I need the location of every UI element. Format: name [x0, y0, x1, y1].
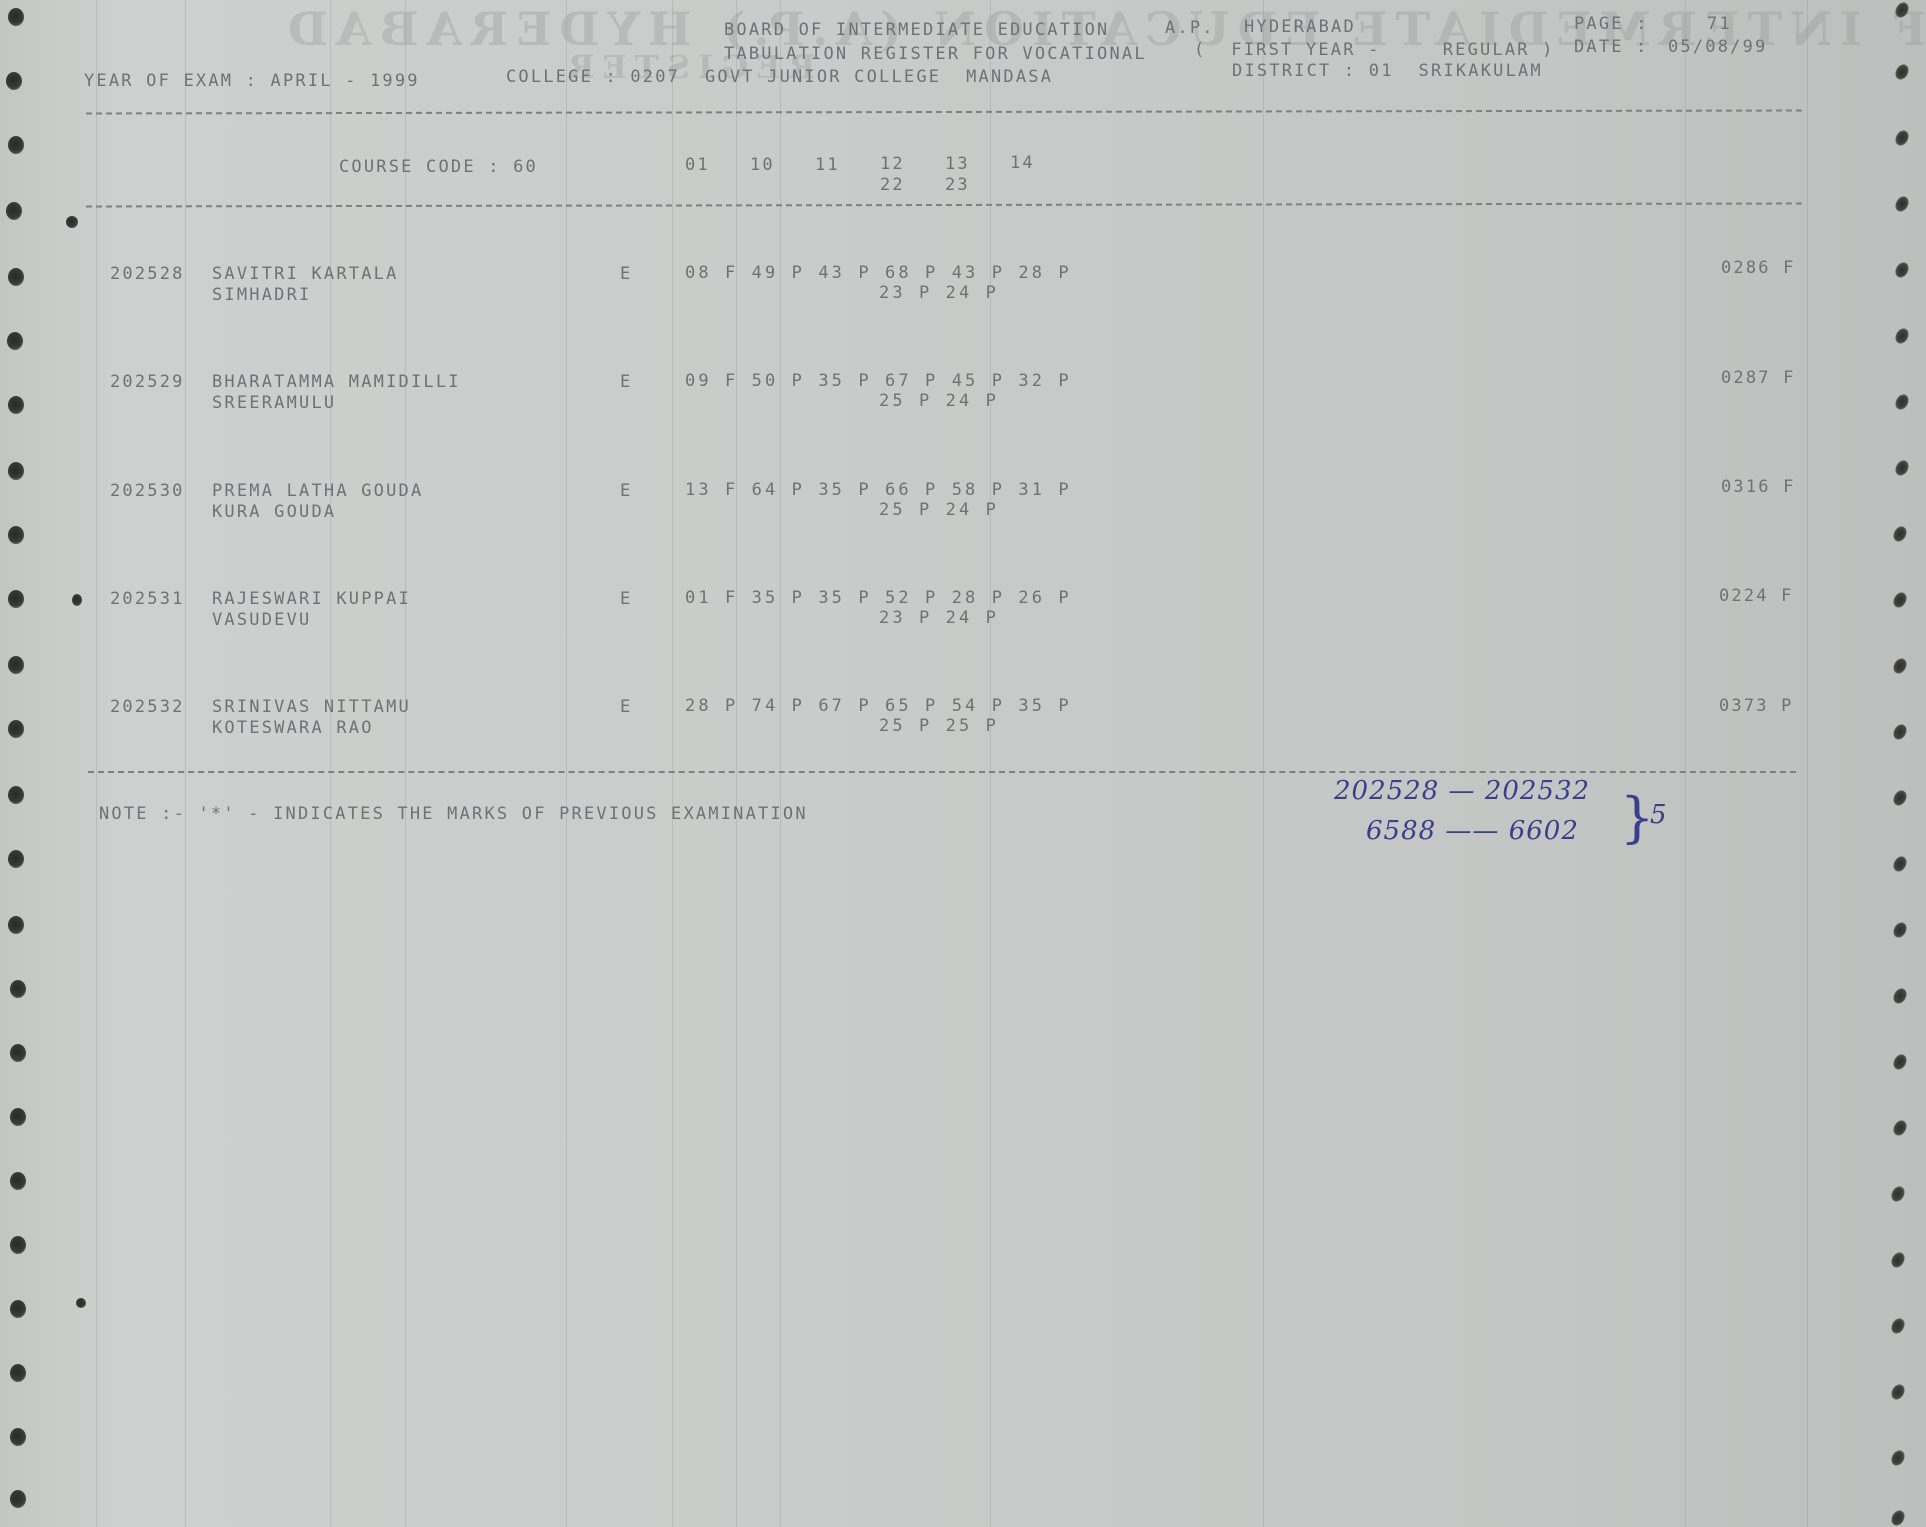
feed-hole-icon: [8, 850, 24, 868]
board-name: BOARD OF INTERMEDIATE EDUCATION: [724, 20, 1109, 40]
divider: [86, 110, 1802, 115]
hall-ticket-number: 202528: [110, 264, 185, 284]
student-name: RAJESWARI KUPPAI: [212, 589, 411, 609]
register-title: TABULATION REGISTER FOR VOCATIONAL: [724, 44, 1147, 64]
feed-hole-icon: [8, 656, 24, 674]
college-info: COLLEGE : 0207 GOVT JUNIOR COLLEGE MANDA…: [506, 67, 1053, 87]
feed-hole-icon: [1893, 458, 1911, 478]
marks-row-2: 25 P 25 P: [879, 716, 999, 736]
punch-mark-icon: [76, 1298, 86, 1308]
hall-ticket-number: 202532: [110, 697, 185, 717]
ruling-line: [185, 0, 186, 1527]
feed-hole-icon: [1893, 62, 1911, 82]
subject-code: 13: [945, 154, 970, 174]
feed-hole-icon: [10, 1044, 26, 1062]
student-name: SAVITRI KARTALA: [212, 264, 399, 284]
feed-hole-icon: [10, 1108, 26, 1126]
feed-hole-icon: [1891, 1052, 1909, 1072]
feed-hole-icon: [1893, 128, 1911, 148]
feed-hole-icon: [1889, 1448, 1907, 1468]
date-label: DATE :: [1574, 37, 1649, 57]
feed-hole-icon: [1891, 986, 1909, 1006]
punch-mark-icon: [66, 216, 78, 228]
total-result: 0287 F: [1721, 368, 1796, 388]
subject-code: 23: [945, 175, 970, 195]
ruling-line: [672, 0, 673, 1527]
marks-row-2: 23 P 24 P: [879, 608, 999, 628]
medium: E: [620, 264, 632, 284]
total-result: 0316 F: [1721, 477, 1796, 497]
footnote: NOTE :- '*' - INDICATES THE MARKS OF PRE…: [99, 804, 808, 824]
hall-ticket-number: 202529: [110, 372, 185, 392]
subject-code: 22: [880, 175, 905, 195]
feed-hole-icon: [10, 980, 26, 998]
ruling-line: [96, 0, 97, 1527]
hall-ticket-number: 202530: [110, 481, 185, 501]
feed-hole-icon: [8, 136, 24, 154]
student-name: PREMA LATHA GOUDA: [212, 481, 423, 501]
ruling-line: [736, 0, 737, 1527]
feed-hole-icon: [1891, 854, 1909, 874]
feed-hole-icon: [8, 916, 24, 934]
ruling-line: [1263, 0, 1264, 1527]
page-number: 71: [1707, 14, 1732, 34]
parent-name: SIMHADRI: [212, 285, 311, 305]
table-row: 202529 BHARATAMMA MAMIDILLI SREERAMULU E…: [0, 372, 1926, 432]
year-of-exam: YEAR OF EXAM : APRIL - 1999: [84, 71, 420, 91]
feed-hole-icon: [1891, 1118, 1909, 1138]
parent-name: KOTESWARA RAO: [212, 718, 374, 738]
ruling-line: [330, 0, 331, 1527]
ruling-line: [566, 0, 567, 1527]
feed-hole-icon: [1893, 194, 1911, 214]
marks-row-1: 28 P 74 P 67 P 65 P 54 P 35 P: [685, 696, 1072, 716]
marks-row-2: 25 P 24 P: [879, 391, 999, 411]
subject-code: 11: [815, 155, 840, 175]
table-row: 202531 RAJESWARI KUPPAI VASUDEVU E 01 F …: [0, 589, 1926, 649]
course-code: COURSE CODE : 60: [339, 157, 538, 177]
subject-code: 10: [750, 155, 775, 175]
ruling-line: [1685, 0, 1686, 1527]
feed-hole-icon: [1889, 1184, 1907, 1204]
divider: [86, 203, 1802, 208]
ruling-line: [1807, 0, 1808, 1527]
student-name: BHARATAMMA MAMIDILLI: [212, 372, 461, 392]
feed-hole-icon: [10, 1236, 26, 1254]
feed-hole-icon: [1889, 1316, 1907, 1336]
page-label: PAGE :: [1574, 14, 1649, 34]
hall-ticket-number: 202531: [110, 589, 185, 609]
feed-hole-icon: [10, 1428, 26, 1446]
feed-hole-icon: [1889, 1508, 1907, 1527]
feed-hole-icon: [1891, 920, 1909, 940]
total-result: 0286 F: [1721, 258, 1796, 278]
year-type: ( FIRST YEAR - REGULAR ): [1194, 40, 1555, 60]
feed-hole-icon: [1891, 656, 1909, 676]
city-label: HYDERABAD: [1244, 17, 1356, 37]
parent-name: SREERAMULU: [212, 393, 336, 413]
marks-row-2: 23 P 24 P: [879, 283, 999, 303]
divider: [88, 771, 1796, 773]
feed-hole-icon: [8, 786, 24, 804]
feed-hole-icon: [1889, 1250, 1907, 1270]
student-name: SRINIVAS NITTAMU: [212, 697, 411, 717]
district-info: DISTRICT : 01 SRIKAKULAM: [1232, 61, 1543, 81]
marks-row-2: 25 P 24 P: [879, 500, 999, 520]
handwritten-range-line-2: 6588 —— 6602: [1366, 816, 1579, 846]
table-row: 202532 SRINIVAS NITTAMU KOTESWARA RAO E …: [0, 697, 1926, 757]
table-row: 202528 SAVITRI KARTALA SIMHADRI E 08 F 4…: [0, 264, 1926, 324]
marks-row-1: 13 F 64 P 35 P 66 P 58 P 31 P: [685, 480, 1072, 500]
feed-hole-icon: [8, 462, 24, 480]
subject-code: 01: [685, 155, 710, 175]
report-date: 05/08/99: [1668, 37, 1767, 57]
parent-name: VASUDEVU: [212, 610, 311, 630]
total-result: 0373 P: [1719, 696, 1794, 716]
marks-row-1: 08 F 49 P 43 P 68 P 43 P 28 P: [685, 263, 1072, 283]
feed-hole-icon: [6, 202, 22, 220]
handwritten-count: 5: [1650, 800, 1668, 830]
feed-hole-icon: [8, 8, 24, 26]
medium: E: [620, 481, 632, 501]
ruling-line: [990, 0, 991, 1527]
feed-hole-icon: [10, 1490, 26, 1508]
feed-hole-icon: [1891, 788, 1909, 808]
feed-hole-icon: [1889, 1382, 1907, 1402]
state-label: A.P.: [1165, 18, 1215, 38]
parent-name: KURA GOUDA: [212, 502, 336, 522]
total-result: 0224 F: [1719, 586, 1794, 606]
subject-code: 14: [1010, 153, 1035, 173]
tabulation-register-page: BOARD OF INTERMEDIATE EDUCATION (A.P.) H…: [0, 0, 1926, 1527]
feed-hole-icon: [10, 1172, 26, 1190]
marks-row-1: 09 F 50 P 35 P 67 P 45 P 32 P: [685, 371, 1072, 391]
medium: E: [620, 372, 632, 392]
handwritten-range-line-1: 202528 — 202532: [1334, 776, 1590, 806]
feed-hole-icon: [10, 1364, 26, 1382]
table-row: 202530 PREMA LATHA GOUDA KURA GOUDA E 13…: [0, 481, 1926, 541]
ruling-line: [780, 0, 781, 1527]
feed-hole-icon: [7, 332, 23, 350]
medium: E: [620, 589, 632, 609]
ruling-line: [405, 0, 406, 1527]
feed-hole-icon: [6, 72, 22, 90]
feed-hole-icon: [10, 1300, 26, 1318]
medium: E: [620, 697, 632, 717]
marks-row-1: 01 F 35 P 35 P 52 P 28 P 26 P: [685, 588, 1072, 608]
subject-code: 12: [880, 154, 905, 174]
feed-hole-icon: [1893, 326, 1911, 346]
